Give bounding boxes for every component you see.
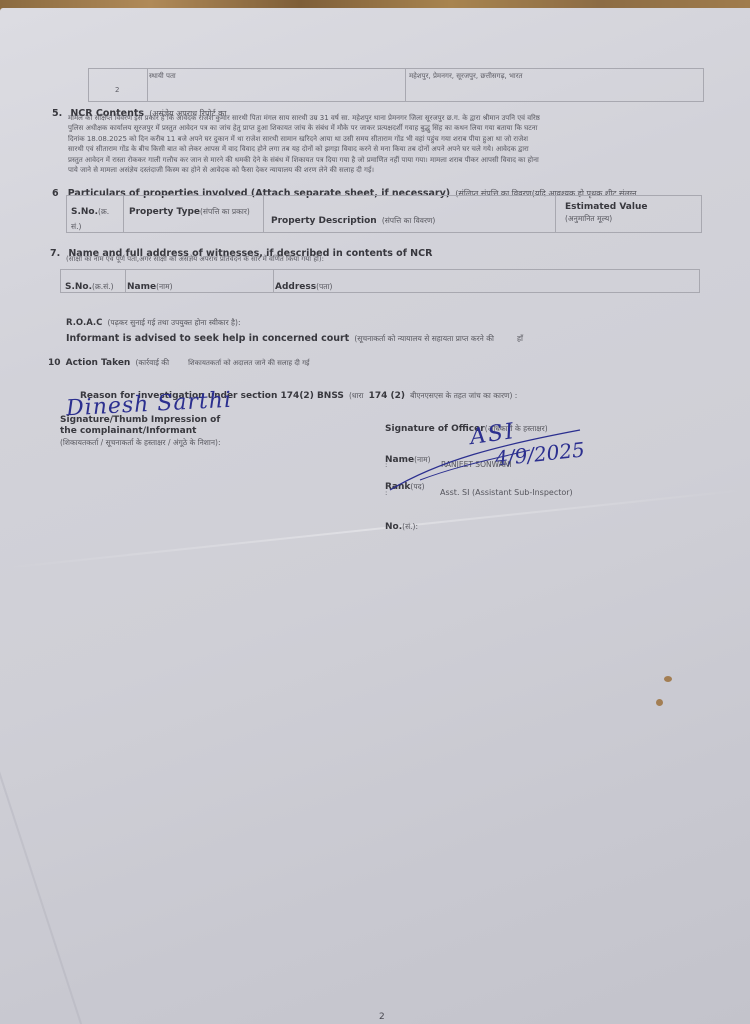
address-table-row: 2 स्थायी पता महेशपुर, प्रेमनगर, सूरजपुर,…: [88, 68, 704, 102]
properties-table-header: S.No.(क्र. सं.) Property Type(संपत्ति का…: [66, 195, 702, 233]
col-property-type: Property Type(संपत्ति का प्रकार): [123, 196, 264, 232]
paper-crease: [2, 489, 748, 569]
col-sno: S.No.(क्र. सं.): [67, 196, 124, 232]
address-sno: 2: [115, 85, 119, 96]
address-value: महेशपुर, प्रेमनगर, सूरजपुर, छत्तीसगढ़, भ…: [409, 71, 523, 82]
complainant-signature-block: Signature/Thumb Impression of the compla…: [60, 415, 255, 448]
informant-advice-line: Informant is advised to seek help in con…: [66, 326, 523, 345]
witnesses-table-header: S.No.(क्र.सं.) Name(नाम) Address(पता): [60, 269, 700, 293]
page-number: 2: [379, 1012, 385, 1022]
section-7-subtitle: (साक्षी का नाम एवं पूर्ण पता,अगर साक्षी …: [66, 254, 324, 265]
action-taken-value: शिकायतकर्ता को अदालत जाने की सलाह दी गई: [188, 359, 309, 367]
address-label: स्थायी पता: [149, 71, 176, 82]
paper-stain: [664, 676, 672, 682]
col-property-description: Property Description (संपत्ति का विवरण): [263, 196, 556, 232]
paper-stain: [656, 699, 663, 706]
section-10-action-taken: 10 Action Taken (कार्रवाई की शिकायतकर्ता…: [48, 350, 309, 369]
informant-advice-value: हाँ: [517, 334, 523, 343]
ncr-contents-narrative: मामले का संक्षिप्त विवरण इस प्रकार है कि…: [68, 113, 708, 175]
signature-stroke: [380, 420, 620, 500]
col-estimated-value: Estimated Value (अनुमानित मूल्य): [565, 201, 647, 225]
officer-no-label: No.(सं.):: [385, 514, 418, 533]
paper-crease: [0, 716, 82, 1024]
